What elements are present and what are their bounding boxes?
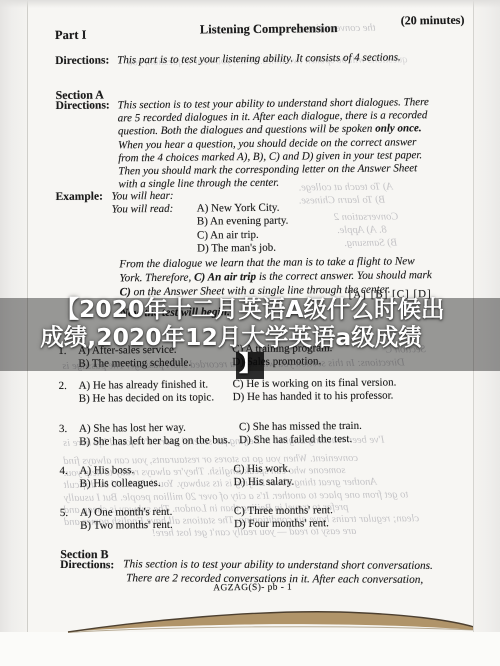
option-c: C) His work. xyxy=(233,463,294,477)
option-c: C) She has missed the train. xyxy=(239,420,362,435)
exam-paper-photo: the conversations questions will be spok… xyxy=(0,0,500,666)
part-label: Part I xyxy=(55,28,87,43)
example-option: B) An evening party. xyxy=(197,215,289,229)
option-c: C) Three months' rent. xyxy=(234,504,333,518)
question-5: 5. A) One month's rent.B) Two months' re… xyxy=(60,504,333,534)
bleed-through-text: B) Samsung. xyxy=(344,237,397,249)
duration-label: (20 minutes) xyxy=(401,13,465,29)
directions-label: Directions: xyxy=(60,559,114,571)
example-options: A) New York City. B) An evening party. C… xyxy=(197,202,289,257)
bleed-through-text: Conversation 2 xyxy=(334,211,399,223)
option-d: D) Four months' rent. xyxy=(234,518,333,532)
question-2: 2. A) He has already finished it.B) He h… xyxy=(59,376,397,406)
option-b: B) He has decided on its topic. xyxy=(79,392,233,407)
option-d: D) His salary. xyxy=(234,476,295,490)
emphasis-text: only once. xyxy=(375,123,422,135)
option-b: B) His colleagues. xyxy=(80,477,234,492)
question-number: 4. xyxy=(59,465,79,492)
closing-bracket: 】 xyxy=(236,352,264,379)
caption-line-3: 】 xyxy=(0,351,500,378)
emphasis-text: C) An air trip xyxy=(194,271,256,284)
example-option: C) An air trip. xyxy=(197,228,289,242)
you-will-read-label: You will read: xyxy=(112,203,174,217)
option-b: B) She has left her bag on the bus. xyxy=(79,435,239,450)
option-d: D) He has handed it to his professor. xyxy=(233,390,397,405)
example-option: D) The man's job. xyxy=(197,242,289,256)
question-3: 3. A) She has lost her way.B) She has le… xyxy=(59,420,362,450)
bleed-through-text: 8. A) Apple. xyxy=(337,225,387,237)
directions-line: This section is to test your ability to … xyxy=(123,558,433,573)
section-b: Section B Directions: This section is to… xyxy=(2,547,500,550)
caption-line-1: 【2020年十二月英语A级什么时候出 xyxy=(0,296,500,324)
directions-label: Directions: xyxy=(55,54,109,67)
photo-top-shadow xyxy=(0,0,500,8)
you-will-hear-label: You will hear: xyxy=(112,190,174,204)
question-number: 3. xyxy=(59,423,79,450)
option-d: D) She has failed the test. xyxy=(239,433,362,448)
question-number: 5. xyxy=(60,507,80,534)
caption-overlay: 【2020年十二月英语A级什么时候出 成绩,2020年12月大学英语a级成绩 】 xyxy=(0,296,500,378)
directions-label: Directions: xyxy=(56,99,110,112)
option-b: B) Two months' rent. xyxy=(80,519,234,534)
example-option: A) New York City. xyxy=(197,202,289,216)
example-label: Example: xyxy=(56,191,103,203)
bleed-through-text: B) To learn Chinese. xyxy=(299,195,386,207)
page-curl xyxy=(0,594,500,664)
page-title: Listening Comprehension xyxy=(200,21,338,37)
question-number: 2. xyxy=(59,380,79,407)
bleed-through-text: to get from one place to another. It's a… xyxy=(64,489,409,504)
section-a-directions: This section is to test your ability to … xyxy=(118,96,430,192)
question-4: 4. A) His boss.B) His colleagues. C) His… xyxy=(59,463,294,492)
caption-line-2: 成绩,2020年12月大学英语a级成绩 xyxy=(0,324,462,352)
